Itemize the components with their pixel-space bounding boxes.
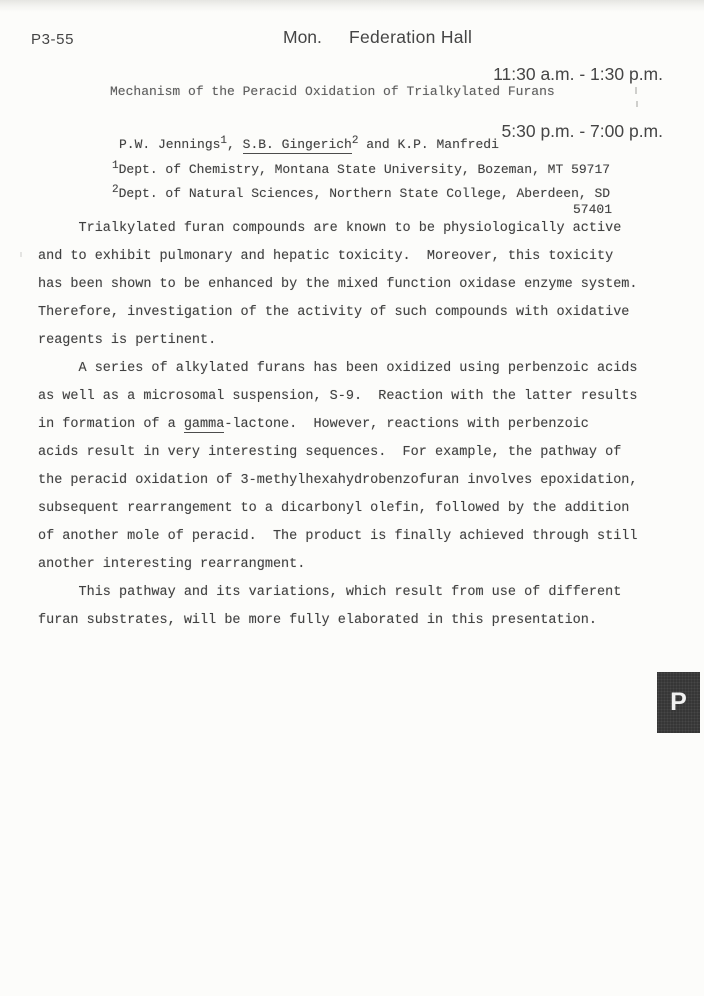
- body-text: the peracid oxidation of 3-methylhexahyd…: [38, 473, 638, 488]
- body-text: acids result in very interesting sequenc…: [38, 445, 621, 460]
- body-text: another interesting rearrangment.: [38, 557, 305, 572]
- affiliation-marker-2: 2: [112, 184, 119, 196]
- body-text: subsequent rearrangement to a dicarbonyl…: [38, 501, 629, 516]
- body-text: furan substrates, will be more fully ela…: [38, 613, 597, 628]
- body-text: of another mole of peracid. The product …: [38, 529, 638, 544]
- body-text: -lactone. However, reactions with perben…: [224, 417, 589, 432]
- body-line: This pathway and its variations, which r…: [38, 579, 678, 607]
- session-hall: Federation Hall: [349, 27, 472, 48]
- scan-artifact: [20, 252, 22, 257]
- body-text: reagents is pertinent.: [38, 333, 216, 348]
- author-name-1: P.W. Jennings: [119, 137, 220, 152]
- body-text: This pathway and its variations, which r…: [38, 585, 621, 600]
- author-affil-marker-1: 1: [220, 135, 227, 147]
- session-time-1: 11:30 a.m. - 1:30 p.m.: [493, 65, 663, 84]
- body-line: furan substrates, will be more fully ela…: [38, 607, 678, 635]
- body-line: has been shown to be enhanced by the mix…: [38, 271, 678, 299]
- body-line: A series of alkylated furans has been ox…: [38, 355, 678, 383]
- body-line: reagents is pertinent.: [38, 327, 678, 355]
- thumb-index-tab: P: [657, 672, 700, 733]
- body-line: acids result in very interesting sequenc…: [38, 439, 678, 467]
- abstract-number: P3-55: [31, 31, 74, 48]
- author-name-2: S.B. Gingerich: [243, 137, 352, 154]
- body-text: as well as a microsomal suspension, S-9.…: [38, 389, 638, 404]
- body-line: Therefore, investigation of the activity…: [38, 299, 678, 327]
- body-line: as well as a microsomal suspension, S-9.…: [38, 383, 678, 411]
- body-text: in formation of a: [38, 417, 184, 432]
- body-text: A series of alkylated furans has been ox…: [38, 361, 638, 376]
- paragraph: Trialkylated furan compounds are known t…: [38, 215, 678, 355]
- abstract-body: Trialkylated furan compounds are known t…: [38, 215, 678, 635]
- body-line: of another mole of peracid. The product …: [38, 523, 678, 551]
- affiliation-line-2: 2Dept. of Natural Sciences, Northern Sta…: [112, 186, 610, 201]
- paragraph: This pathway and its variations, which r…: [38, 579, 678, 635]
- session-times: 11:30 a.m. - 1:30 p.m. 5:30 p.m. - 7:00 …: [493, 27, 663, 179]
- abstract-title: Mechanism of the Peracid Oxidation of Tr…: [110, 84, 555, 99]
- author-affil-marker-2: 2: [352, 135, 359, 147]
- affiliation-text-2: Dept. of Natural Sciences, Northern Stat…: [119, 186, 610, 201]
- session-day: Mon.: [283, 27, 322, 48]
- body-text: Trialkylated furan compounds are known t…: [38, 221, 621, 236]
- affiliation-marker-1: 1: [112, 160, 119, 172]
- authors-rest: and K.P. Manfredi: [358, 137, 498, 152]
- body-line: subsequent rearrangement to a dicarbonyl…: [38, 495, 678, 523]
- body-line: in formation of a gamma-lactone. However…: [38, 411, 678, 439]
- thumb-index-letter: P: [670, 690, 687, 715]
- body-line: and to exhibit pulmonary and hepatic tox…: [38, 243, 678, 271]
- body-text: Therefore, investigation of the activity…: [38, 305, 629, 320]
- session-time-2: 5:30 p.m. - 7:00 p.m.: [493, 122, 663, 141]
- body-text: and to exhibit pulmonary and hepatic tox…: [38, 249, 613, 264]
- underlined-term: gamma: [184, 417, 225, 433]
- scan-edge-shadow: [0, 0, 704, 12]
- affiliation-text-1: Dept. of Chemistry, Montana State Univer…: [119, 162, 610, 177]
- body-line: another interesting rearrangment.: [38, 551, 678, 579]
- affiliation-line-1: 1Dept. of Chemistry, Montana State Unive…: [112, 162, 610, 177]
- body-line: Trialkylated furan compounds are known t…: [38, 215, 678, 243]
- paragraph: A series of alkylated furans has been ox…: [38, 355, 678, 579]
- body-text: has been shown to be enhanced by the mix…: [38, 277, 638, 292]
- scan-page: P3-55 Mon. Federation Hall 11:30 a.m. - …: [0, 0, 704, 996]
- authors-separator: ,: [227, 137, 243, 152]
- authors-line: P.W. Jennings1, S.B. Gingerich2 and K.P.…: [119, 137, 499, 152]
- body-line: the peracid oxidation of 3-methylhexahyd…: [38, 467, 678, 495]
